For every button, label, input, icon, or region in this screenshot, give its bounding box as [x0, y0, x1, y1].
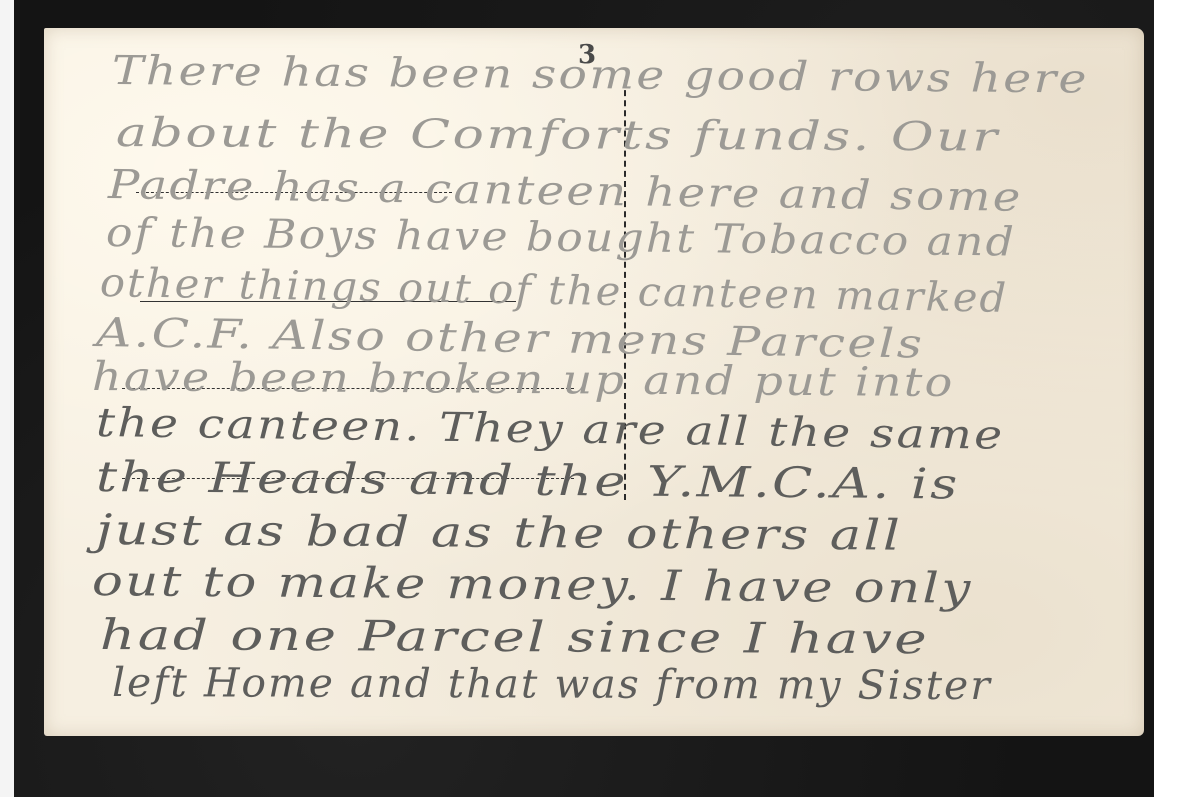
- message-line: out to make money. I have only: [92, 556, 973, 613]
- message-line: just as bad as the others all: [96, 505, 903, 560]
- message-line: have been broken up and put into: [92, 354, 955, 406]
- message-line: the Heads and the Y.M.C.A. is: [96, 452, 960, 509]
- message-line: left Home and that was from my Sister: [112, 660, 992, 709]
- message-line: the canteen. They are all the same: [96, 400, 1005, 459]
- postcard-scan: 3 There has been some good rows here abo…: [0, 0, 1186, 797]
- handwritten-message: There has been some good rows here about…: [0, 0, 1186, 797]
- message-line: There has been some good rows here: [112, 48, 1089, 103]
- message-line: had one Parcel since I have: [100, 610, 930, 663]
- message-line: about the Comforts funds. Our: [116, 110, 1000, 161]
- message-line: of the Boys have bought Tobacco and: [106, 210, 1016, 266]
